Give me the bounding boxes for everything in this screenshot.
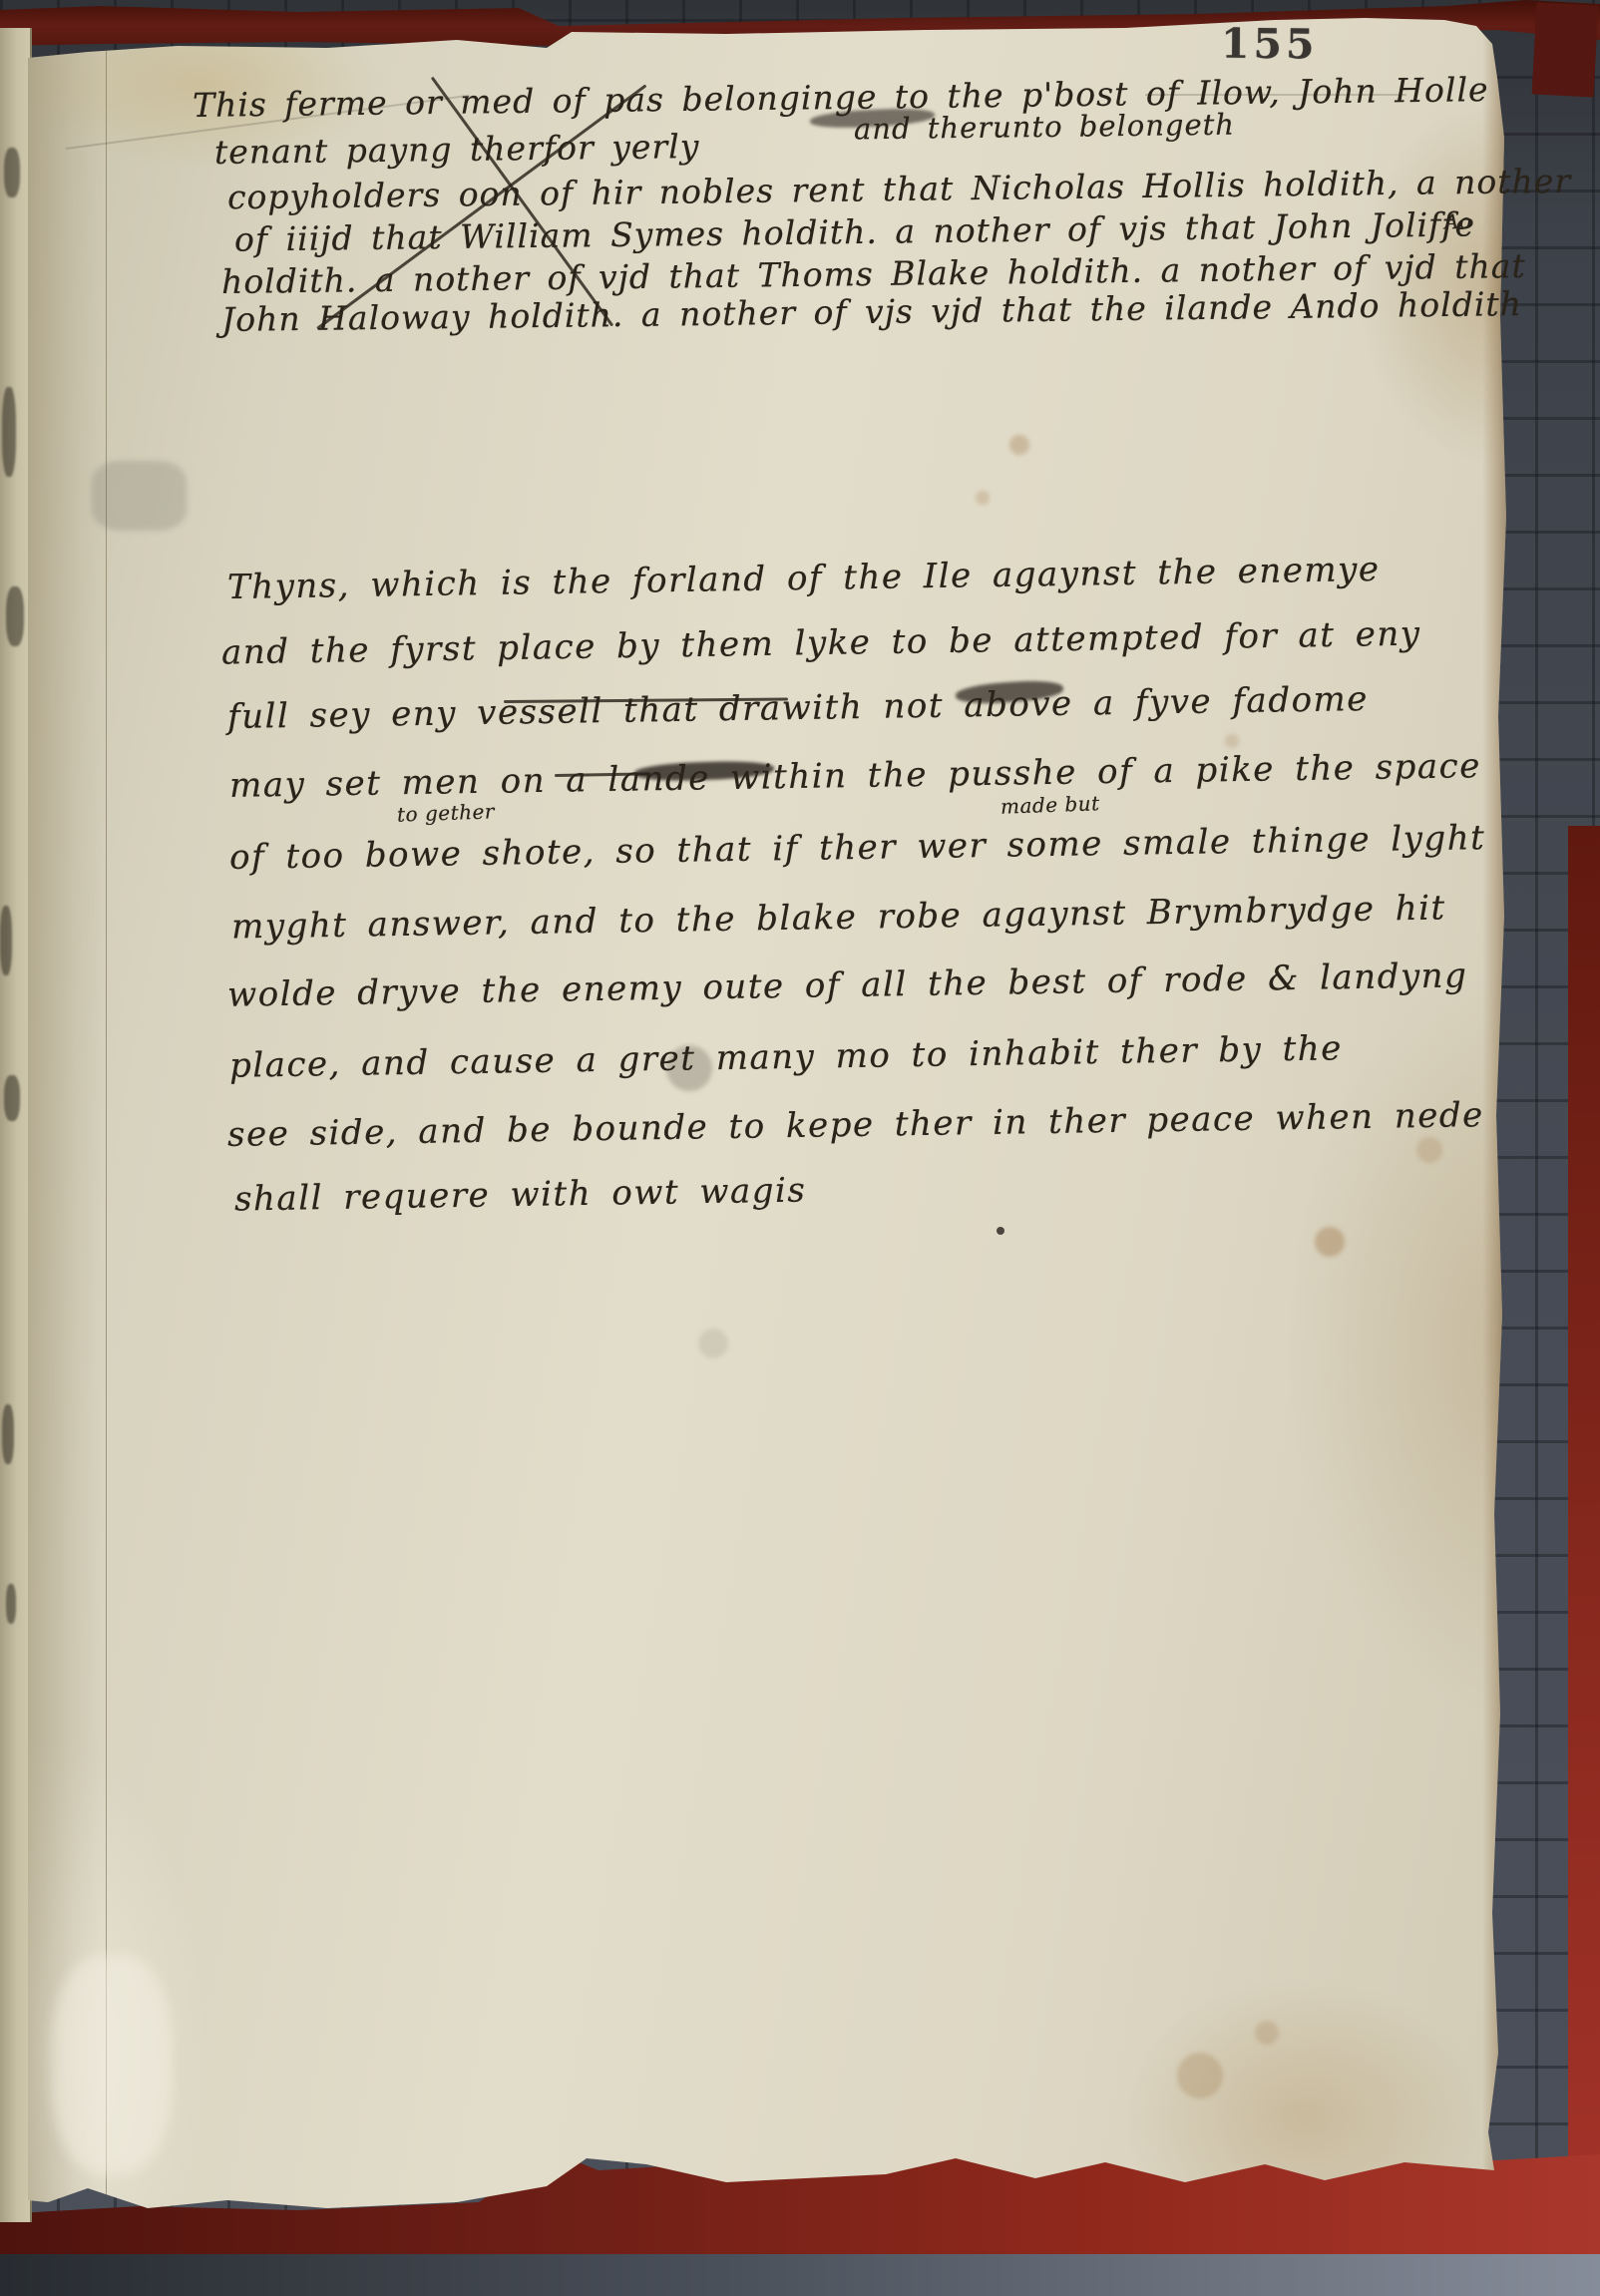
ink-showthrough-mark (4, 1075, 20, 1121)
table-front-edge (0, 2254, 1600, 2296)
manuscript-leaf (28, 18, 1510, 2227)
ink-showthrough-mark (4, 148, 20, 197)
ink-showthrough-mark (2, 387, 16, 477)
book-fore-edges (0, 28, 32, 2222)
book-binding-right-edge (1568, 826, 1600, 2262)
ink-showthrough-mark (6, 586, 24, 646)
ink-showthrough-mark (0, 906, 12, 975)
manuscript-photo: 155 This ferme or med of pas belonginge … (0, 0, 1600, 2296)
book-binding-top-right (1532, 2, 1599, 97)
ink-showthrough-mark (2, 1404, 14, 1464)
ink-showthrough-mark (6, 1584, 16, 1624)
gutter-shadow (28, 18, 107, 2227)
